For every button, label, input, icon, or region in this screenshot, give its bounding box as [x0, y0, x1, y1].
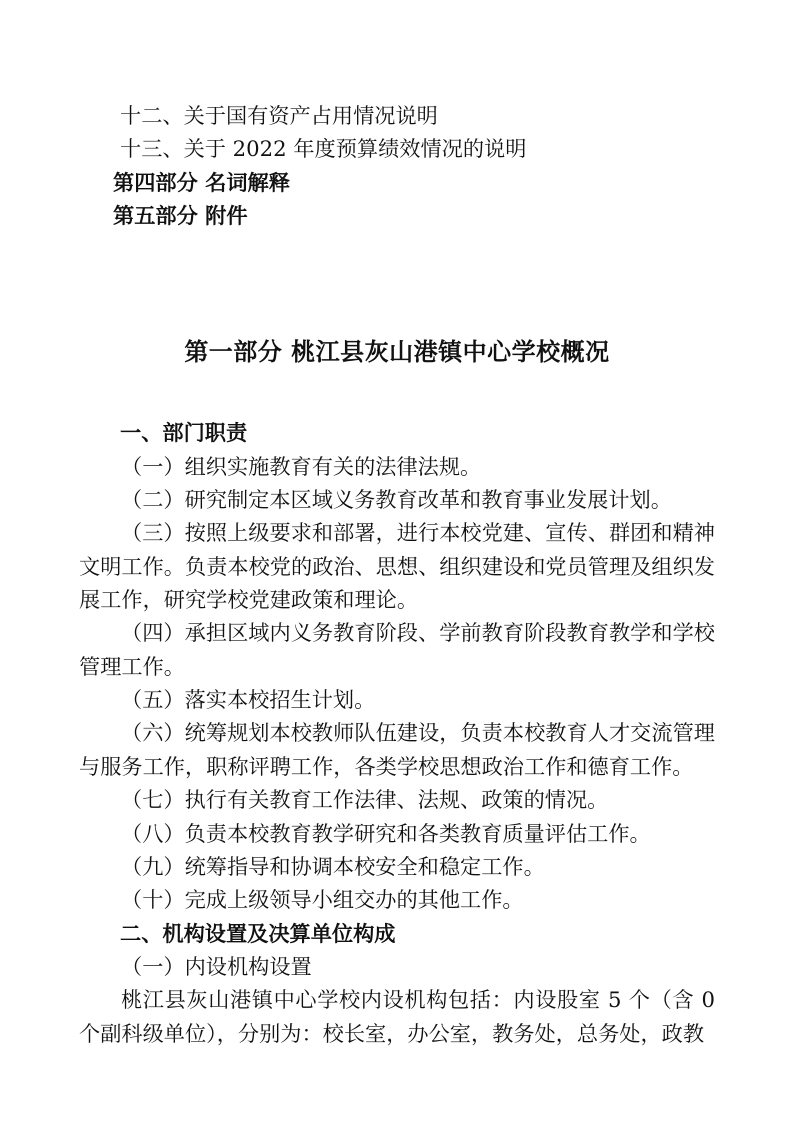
document-page: 十二、关于国有资产占用情况说明 十三、关于 2022 年度预算绩效情况的说明 第… [0, 0, 793, 1122]
org-paragraph: 桃江县灰山港镇中心学校内设机构包括：内设股室 5 个（含 0 个副科级单位），分… [79, 983, 715, 1050]
duty-paragraph-5: （五）落实本校招生计划。 [79, 683, 715, 716]
org-subheading: （一）内设机构设置 [79, 950, 715, 983]
duty-paragraph-1: （一）组织实施教育有关的法律法规。 [79, 450, 715, 483]
toc-part-4-heading: 第四部分 名词解释 [79, 166, 715, 199]
duty-paragraph-2: （二）研究制定本区域义务教育改革和教育事业发展计划。 [79, 483, 715, 516]
duty-paragraph-6: （六）统筹规划本校教师队伍建设，负责本校教育人才交流管理与服务工作，职称评聘工作… [79, 716, 715, 783]
duty-paragraph-10: （十）完成上级领导小组交办的其他工作。 [79, 883, 715, 916]
toc-part-5-heading: 第五部分 附件 [79, 199, 715, 232]
duty-paragraph-7: （七）执行有关教育工作法律、法规、政策的情况。 [79, 783, 715, 816]
duty-paragraph-9: （九）统筹指导和协调本校安全和稳定工作。 [79, 850, 715, 883]
heading-organization: 二、机构设置及决算单位构成 [79, 917, 715, 950]
duty-paragraph-3: （三）按照上级要求和部署，进行本校党建、宣传、群团和精神文明工作。负责本校党的政… [79, 516, 715, 616]
page-content: 十二、关于国有资产占用情况说明 十三、关于 2022 年度预算绩效情况的说明 第… [0, 0, 793, 1050]
toc-entry-12: 十二、关于国有资产占用情况说明 [79, 99, 715, 132]
duty-paragraph-8: （八）负责本校教育教学研究和各类教育质量评估工作。 [79, 817, 715, 850]
duty-paragraph-4: （四）承担区域内义务教育阶段、学前教育阶段教育教学和学校管理工作。 [79, 616, 715, 683]
heading-department-duties: 一、部门职责 [79, 416, 715, 449]
section-title: 第一部分 桃江县灰山港镇中心学校概况 [79, 332, 715, 372]
toc-entry-13: 十三、关于 2022 年度预算绩效情况的说明 [79, 132, 715, 165]
